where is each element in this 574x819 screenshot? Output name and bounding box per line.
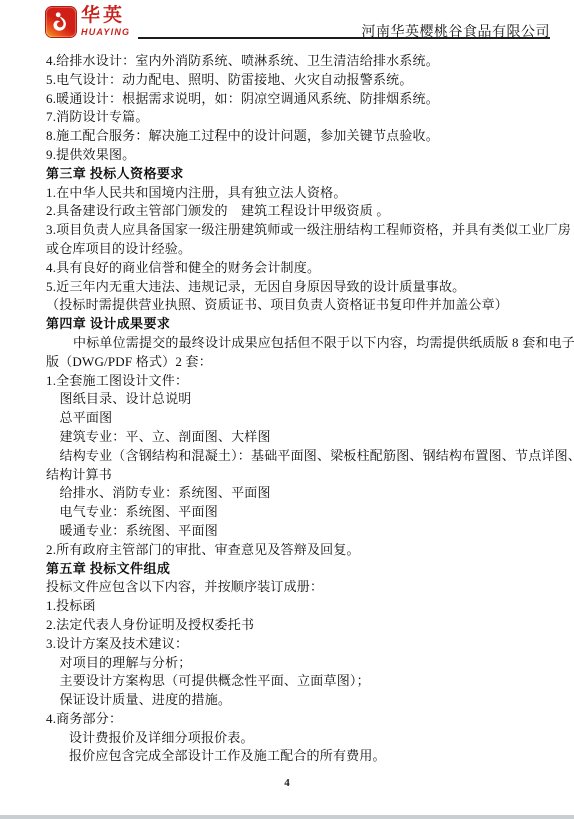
document-line: 5.近三年内无重大违法、违规记录，无因自身原因导致的设计质量事故。 [46, 278, 552, 297]
brand-name-en: HUAYING [81, 28, 130, 37]
document-line: 投标文件应包含以下内容，并按顺序装订成册： [46, 578, 552, 597]
document-line: 2.具备建设行政主管部门颁发的 建筑工程设计甲级资质 。 [46, 202, 552, 221]
document-line: 设计费报价及详细分项报价表。 [46, 729, 552, 748]
document-line: 1.在中华人民共和国境内注册，具有独立法人资格。 [46, 184, 552, 203]
document-line: 2.法定代表人身份证明及授权委托书 [46, 616, 552, 635]
document-line: 1.投标函 [46, 597, 552, 616]
document-line: （投标时需提供营业执照、资质证书、项目负责人资格证书复印件并加盖公章） [46, 296, 552, 315]
document-line: 8.施工配合服务：解决施工过程中的设计问题，参加关键节点验收。 [46, 127, 552, 146]
document-line: 第三章 投标人资格要求 [46, 165, 552, 184]
document-line: 总平面图 [46, 409, 552, 428]
document-line: 3.项目负责人应具备国家一级注册建筑师或一级注册结构工程师资格，并具有类似工业厂… [46, 221, 552, 240]
document-line: 1.全套施工图设计文件： [46, 372, 552, 391]
document-line: 建筑专业：平、立、剖面图、大样图 [46, 428, 552, 447]
document-line: 对项目的理解与分析； [46, 654, 552, 673]
document-line: 给排水、消防专业：系统图、平面图 [46, 484, 552, 503]
document-line: 4.具有良好的商业信誉和健全的财务会计制度。 [46, 259, 552, 278]
document-line: 第四章 设计成果要求 [46, 315, 552, 334]
document-page: 华英 HUAYING 河南华英樱桃谷食品有限公司 4.给排水设计：室内外消防系统… [0, 0, 574, 819]
document-line: 电气专业：系统图、平面图 [46, 503, 552, 522]
document-line: 暖通专业：系统图、平面图 [46, 522, 552, 541]
document-line: 报价应包含完成全部设计工作及施工配合的所有费用。 [46, 747, 552, 766]
document-line: 4.给排水设计：室内外消防系统、喷淋系统、卫生清洁给排水系统。 [46, 52, 552, 71]
document-line: 3.设计方案及技术建议： [46, 635, 552, 654]
document-line: 7.消防设计专篇。 [46, 108, 552, 127]
duck-swoosh-icon [46, 7, 76, 37]
huaying-logo [46, 7, 76, 37]
document-line: 保证设计质量、进度的措施。 [46, 691, 552, 710]
document-line: 中标单位需提交的最终设计成果应包括但不限于以下内容，均需提供纸质版 8 套和电子 [46, 334, 552, 353]
document-line: 主要设计方案构思（可提供概念性平面、立面草图）； [46, 672, 552, 691]
header-divider [138, 37, 550, 39]
document-line: 图纸目录、设计总说明 [46, 390, 552, 409]
document-line: 9.提供效果图。 [46, 146, 552, 165]
brand-name-cn: 华英 [81, 6, 130, 25]
document-line: 或仓库项目的设计经验。 [46, 240, 552, 259]
document-line: 第五章 投标文件组成 [46, 560, 552, 579]
page-number: 4 [0, 777, 574, 789]
document-line: 结构计算书 [46, 466, 552, 485]
document-line: 版（DWG/PDF 格式）2 套： [46, 353, 552, 372]
document-line: 5.电气设计：动力配电、照明、防雷接地、火灾自动报警系统。 [46, 71, 552, 90]
document-line: 6.暖通设计：根据需求说明，如：阴凉空调通风系统、防排烟系统。 [46, 90, 552, 109]
document-body: 4.给排水设计：室内外消防系统、喷淋系统、卫生清洁给排水系统。5.电气设计：动力… [46, 52, 552, 766]
document-line: 2.所有政府主管部门的审批、审查意见及答辩及回复。 [46, 541, 552, 560]
viewer-bottom-edge [0, 815, 574, 819]
document-line: 4.商务部分： [46, 710, 552, 729]
document-line: 结构专业（含钢结构和混凝土）：基础平面图、梁板柱配筋图、钢结构布置图、节点详图、 [46, 447, 552, 466]
brand-block: 华英 HUAYING [81, 6, 130, 37]
